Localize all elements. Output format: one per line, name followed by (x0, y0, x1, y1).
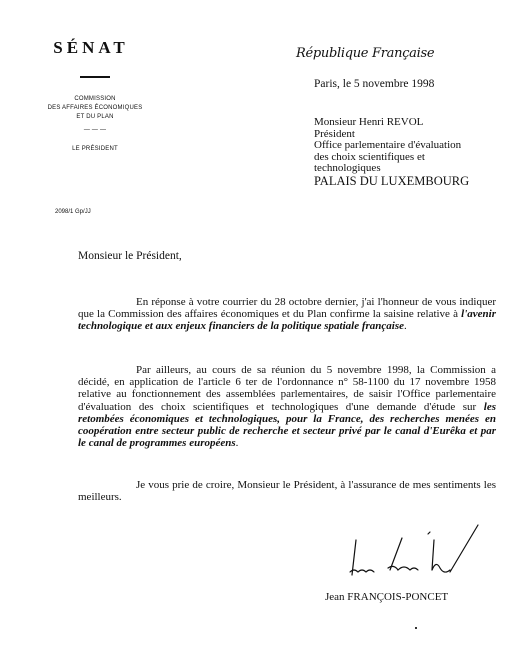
signatory-name: Jean FRANÇOIS-PONCET (325, 591, 448, 603)
letterhead-line: ET DU PLAN (30, 113, 160, 121)
date-line: Paris, le 5 novembre 1998 (314, 78, 434, 90)
paragraph-1: En réponse à votre courrier du 28 octobr… (78, 296, 496, 333)
recipient-line: Monsieur Henri REVOL (314, 117, 469, 129)
recipient-line: Office parlementaire d'évaluation (314, 140, 469, 152)
paragraph-closing: Je vous prie de croire, Monsieur le Prés… (78, 479, 496, 503)
page-mark (415, 627, 417, 629)
recipient-address: Monsieur Henri REVOL Président Office pa… (314, 117, 469, 188)
letterhead-line: LE PRÉSIDENT (30, 145, 160, 153)
letterhead-line: COMMISSION (30, 95, 160, 103)
handwritten-signature-icon (340, 520, 500, 580)
salutation: Monsieur le Président, (78, 250, 182, 262)
reference-number: 2098/1 Gp/JJ (55, 209, 91, 215)
paragraph-2: Par ailleurs, au cours de sa réunion du … (78, 364, 496, 449)
letterhead-line: DES AFFAIRES ÉCONOMIQUES (30, 104, 160, 112)
handwritten-header: République Française (296, 46, 434, 61)
recipient-place: PALAIS DU LUXEMBOURG (314, 175, 469, 188)
recipient-line: technologiques (314, 163, 469, 175)
letterhead-line: — — — (30, 126, 160, 134)
letterhead-rule (80, 76, 110, 78)
senat-title: SÉNAT (36, 38, 146, 58)
